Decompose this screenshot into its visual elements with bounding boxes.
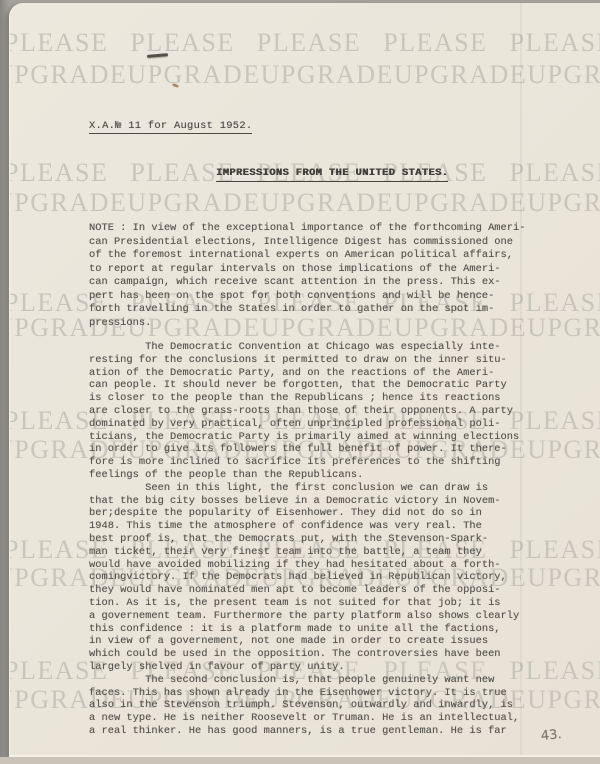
text-line: in order to give its followers the full … (89, 443, 519, 456)
underlying-page-edge (0, 757, 600, 764)
text-line: can Presidential elections, Intelligence… (89, 236, 525, 250)
text-line: 1948. This time the atmosphere of confid… (89, 520, 519, 533)
text-line: dominated by very practical, often unpri… (89, 418, 519, 431)
text-line: pressions. (89, 317, 525, 331)
text-line: are closer to the grass-roots than those… (89, 405, 519, 418)
text-line: they would have nominated men apt to bec… (89, 584, 519, 597)
text-line: a governement team. Furthermore the part… (89, 610, 519, 623)
text-line: a new type. He is neither Roosevelt or T… (89, 712, 519, 725)
text-line: The second conclusion is, that people ge… (89, 674, 519, 687)
text-line: ation of the Democratic Party, and on th… (89, 367, 519, 380)
text-line: also in the Stevenson triumph. Stevenson… (89, 699, 519, 712)
text-line: pert has been on the spot for both conve… (89, 290, 525, 304)
text-line: man ticket, their very finest team into … (89, 546, 519, 559)
text-line: which could be used in the opposition. T… (89, 648, 519, 661)
text-line: of the foremost international experts on… (89, 249, 525, 263)
text-line: a real thinker. He has good manners, is … (89, 725, 519, 738)
text-line: this confidence : it is a platform made … (89, 623, 519, 636)
text-line: comingvictory. If the Democrats had beli… (89, 571, 519, 584)
document-title: IMPRESSIONS FROM THE UNITED STATES. (216, 167, 448, 182)
scanned-paper-sheet: PLEASEPLEASEPLEASEPLEASEPLEASEUPGRADEUPG… (9, 3, 600, 757)
text-line: Seen in this light, the first conclusion… (89, 482, 519, 495)
note-paragraph: NOTE : In view of the exceptional import… (89, 222, 525, 330)
text-line: to report at regular intervals on those … (89, 263, 525, 277)
text-line: NOTE : In view of the exceptional import… (89, 222, 525, 236)
text-line: resting for the conclusions it permitted… (89, 354, 519, 367)
text-line: ticians, the Democratic Party is primari… (89, 431, 519, 444)
typewritten-document: X.A.№ 11 for August 1952. IMPRESSIONS FR… (10, 3, 600, 755)
text-line: can campaign, which receive scant attent… (89, 276, 525, 290)
text-line: would have avoided mobilizing if they ha… (89, 559, 519, 572)
text-line: ber;despite the popularity of Eisenhower… (89, 507, 519, 520)
text-line: is closer to the people than the Republi… (89, 392, 519, 405)
text-line: in view of a governement, not one made i… (89, 635, 519, 648)
text-line: feelings of the people than the Republic… (89, 469, 519, 482)
text-line: tion. As it is, the present team is not … (89, 597, 519, 610)
text-line: largely shelved in favour of party unity… (89, 661, 519, 674)
text-line: faces. This has shown already in the Eis… (89, 687, 519, 700)
text-line: that the big city bosses believe in a De… (89, 495, 519, 508)
document-heading: X.A.№ 11 for August 1952. (89, 120, 252, 134)
text-line: forth travelling in the States in order … (89, 303, 525, 317)
text-line: The Democratic Convention at Chicago was… (89, 341, 519, 354)
text-line: fore is more inclined to sacrifice its p… (89, 456, 519, 469)
body-text: The Democratic Convention at Chicago was… (89, 341, 519, 738)
page-number: 43. (541, 727, 563, 744)
text-line: best proof is, that the Democrats put, w… (89, 533, 519, 546)
text-line: can people. It should never be forgotten… (89, 379, 519, 392)
